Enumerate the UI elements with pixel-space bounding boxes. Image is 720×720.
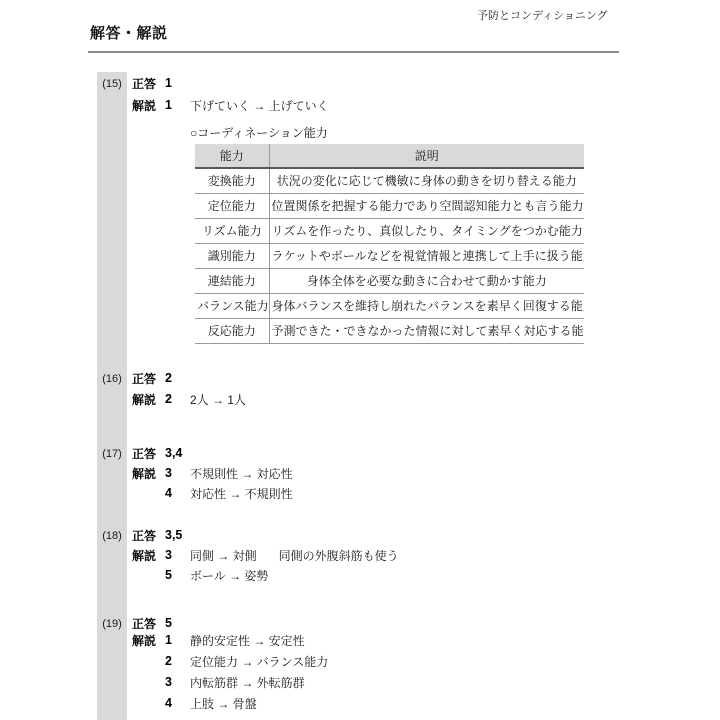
explanation-text: 下げていく → 上げていく [190, 99, 329, 114]
explanation-text: 内転筋群 → 外転筋群 [190, 676, 305, 691]
question-number: (19) [97, 617, 127, 632]
table-cell-ability: 変換能力 [195, 168, 269, 193]
correct-answer-value: 3,5 [165, 528, 182, 543]
table-row: 定位能力 位置関係を把握する能力であり空間認知能力とも言う能力 [195, 193, 584, 218]
explanation-number: 1 [165, 98, 172, 113]
explanation-label: 解説 [132, 467, 156, 482]
table-cell-description: 予測できた・できなかった情報に対して素早く対応する能力 [269, 318, 584, 343]
explanation-label: 解説 [132, 549, 156, 564]
correct-answer-label: 正答 [132, 447, 156, 462]
question-number: (15) [97, 77, 127, 92]
title-rule [88, 51, 619, 53]
question-number: (17) [97, 447, 127, 462]
explanation-number: 5 [165, 568, 172, 583]
document-page: 予防とコンディショニング 解答・解説 (15) 正答 1 解説 1 下げていく … [0, 0, 720, 720]
explanation-text: 静的安定性 → 安定性 [190, 634, 305, 649]
table-cell-ability: 定位能力 [195, 193, 269, 218]
correct-answer-value: 5 [165, 616, 172, 631]
correct-answer-label: 正答 [132, 372, 156, 387]
correct-answer-value: 2 [165, 371, 172, 386]
page-title: 解答・解説 [90, 22, 168, 43]
correct-answer-label: 正答 [132, 77, 156, 92]
correct-answer-value: 3,4 [165, 446, 182, 461]
coordination-table: 能力 説明 変換能力 状況の変化に応じて機敏に身体の動きを切り替える能力 定位能… [195, 144, 584, 344]
explanation-text: 対応性 → 不規則性 [190, 487, 293, 502]
explanation-label: 解説 [132, 99, 156, 114]
explanation-number: 3 [165, 466, 172, 481]
correct-answer-label: 正答 [132, 529, 156, 544]
table-row: 反応能力 予測できた・できなかった情報に対して素早く対応する能力 [195, 318, 584, 343]
table-row: 識別能力 ラケットやボールなどを視覚情報と連携して上手に扱う能力 [195, 243, 584, 268]
table-cell-ability: バランス能力 [195, 293, 269, 318]
explanation-number: 2 [165, 392, 172, 407]
table-cell-description: 位置関係を把握する能力であり空間認知能力とも言う能力 [269, 193, 584, 218]
explanation-text: 上肢 → 骨盤 [190, 697, 257, 712]
explanation-text: 2人 → 1人 [190, 393, 246, 408]
document-header-right: 予防とコンディショニング [477, 7, 608, 23]
explanation-text: 不規則性 → 対応性 [190, 467, 293, 482]
table-cell-ability: 連結能力 [195, 268, 269, 293]
table-cell-description: ラケットやボールなどを視覚情報と連携して上手に扱う能力 [269, 243, 584, 268]
explanation-number: 4 [165, 486, 172, 501]
table-cell-ability: リズム能力 [195, 218, 269, 243]
explanation-number: 1 [165, 633, 172, 648]
table-header-row: 能力 説明 [195, 144, 584, 168]
question-number: (16) [97, 372, 127, 387]
explanation-label: 解説 [132, 393, 156, 408]
explanation-note: 同側の外腹斜筋も使う [279, 549, 399, 563]
explanation-number: 3 [165, 548, 172, 563]
explanation-number: 4 [165, 696, 172, 711]
table-cell-ability: 反応能力 [195, 318, 269, 343]
explanation-line: 同側 → 対側同側の外腹斜筋も使う [190, 549, 399, 564]
table-row: 連結能力 身体全体を必要な動きに合わせて動かす能力 [195, 268, 584, 293]
table-header-ability: 能力 [195, 144, 269, 168]
correct-answer-label: 正答 [132, 617, 156, 632]
table-row: リズム能力 リズムを作ったり、真似したり、タイミングをつかむ能力 [195, 218, 584, 243]
explanation-text: ボール → 姿勢 [190, 569, 268, 584]
explanation-number: 2 [165, 654, 172, 669]
table-cell-description: リズムを作ったり、真似したり、タイミングをつかむ能力 [269, 218, 584, 243]
table-header-description: 説明 [269, 144, 584, 168]
correct-answer-value: 1 [165, 76, 172, 91]
table-row: バランス能力 身体バランスを維持し崩れたバランスを素早く回復する能力 [195, 293, 584, 318]
table-row: 変換能力 状況の変化に応じて機敏に身体の動きを切り替える能力 [195, 168, 584, 193]
table-cell-description: 身体バランスを維持し崩れたバランスを素早く回復する能力 [269, 293, 584, 318]
explanation-text: 定位能力 → バランス能力 [190, 655, 328, 670]
explanation-text: 同側 → 対側 [190, 549, 257, 563]
question-number: (18) [97, 529, 127, 544]
table-title: ○コーディネーション能力 [190, 126, 328, 141]
table-cell-description: 身体全体を必要な動きに合わせて動かす能力 [269, 268, 584, 293]
table-cell-description: 状況の変化に応じて機敏に身体の動きを切り替える能力 [269, 168, 584, 193]
explanation-label: 解説 [132, 634, 156, 649]
explanation-number: 3 [165, 675, 172, 690]
table-cell-ability: 識別能力 [195, 243, 269, 268]
